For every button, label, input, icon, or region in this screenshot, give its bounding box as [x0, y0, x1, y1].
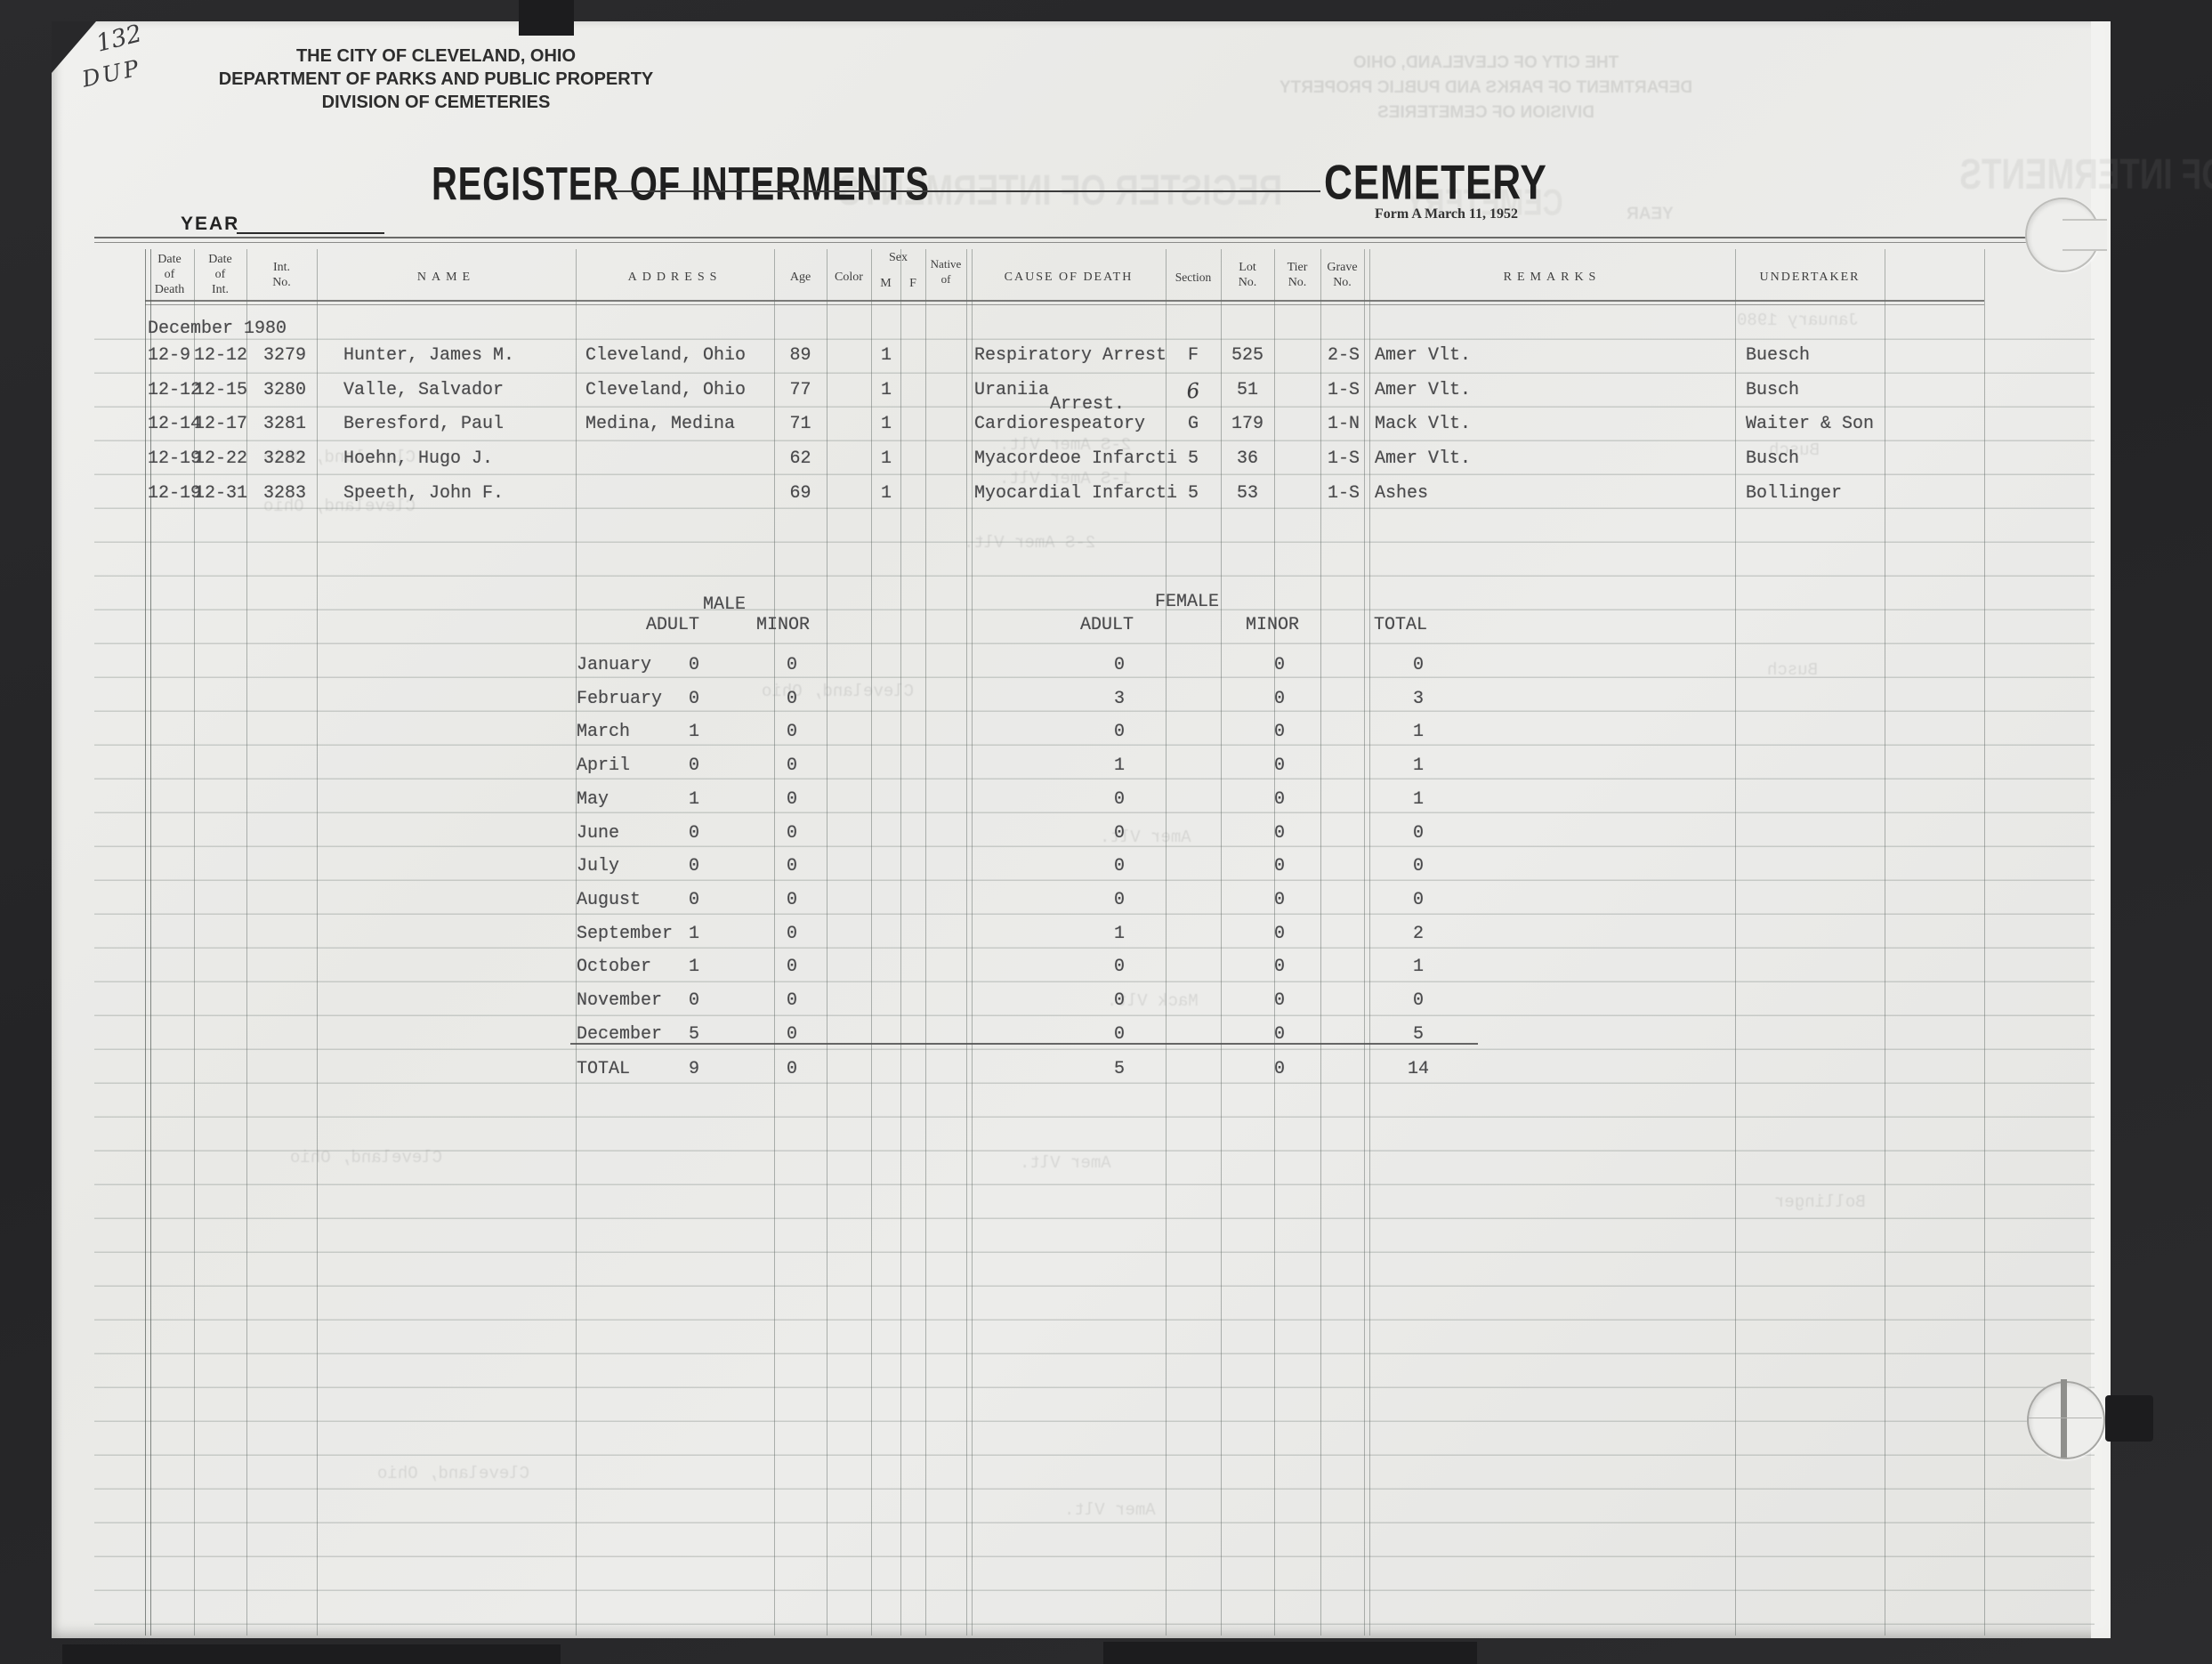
summary-row: September 1 0 1 0 2	[0, 924, 2212, 947]
col-header-sex-m: M	[871, 276, 900, 291]
header-bottom-rule	[145, 300, 1984, 302]
age-value: 62	[776, 448, 825, 469]
binder-clip-notch	[2105, 1395, 2153, 1442]
summary-female-minor-value: 0	[1263, 789, 1296, 810]
address-value: Cleveland, Ohio	[585, 345, 772, 366]
remarks-value: Mack Vlt.	[1375, 414, 1659, 434]
scanner-shadow-right	[1103, 1642, 1477, 1664]
agency-line-city: THE CITY OF CLEVELAND, OHIO	[187, 46, 685, 67]
summary-male-adult-value: 0	[678, 890, 710, 910]
col-header-cause-of-death: CAUSE OF DEATH	[972, 270, 1166, 285]
summary-male-adult-value: 0	[678, 856, 710, 876]
lot-number-value: 53	[1223, 483, 1272, 504]
summary-female-minor-value: 0	[1263, 1024, 1296, 1045]
date-of-interment-value: 12-31	[194, 483, 246, 504]
summary-male-adult-value: 0	[678, 823, 710, 844]
cause-of-death-value: Respiratory Arrest	[974, 345, 1179, 366]
date-of-death-value: 12-19	[148, 448, 194, 469]
grave-number-value: 1-S	[1322, 448, 1365, 469]
summary-female-minor-value: 0	[1263, 823, 1296, 844]
remarks-value: Amer Vlt.	[1375, 448, 1659, 469]
interment-number-value: 3281	[263, 414, 317, 434]
summary-row: January 0 0 0 0 0	[0, 655, 2212, 678]
col-header-remarks: REMARKS	[1369, 270, 1735, 285]
grave-number-value: 1-S	[1322, 380, 1365, 400]
binder-hole-top-slot	[2063, 219, 2107, 251]
address-value: Medina, Medina	[585, 414, 772, 434]
summary-male-adult-value: 1	[678, 957, 710, 977]
summary-male-adult-value: 0	[678, 755, 710, 776]
col-header-grave-no: Grave No.	[1320, 260, 1364, 290]
summary-female-adult-value: 1	[1103, 924, 1135, 944]
summary-row: March 1 0 0 0 1	[0, 722, 2212, 745]
summary-female-minor-value: 0	[1263, 856, 1296, 876]
cause-of-death-value: Myacordeoe Infarcti	[974, 448, 1179, 469]
register-title: REGISTER OF INTERMENTS	[432, 157, 930, 211]
summary-row: February 0 0 3 0 3	[0, 689, 2212, 712]
section-value: G	[1167, 414, 1219, 434]
cemetery-name-blank-line	[612, 190, 1320, 192]
summary-row: August 0 0 0 0 0	[0, 890, 2212, 913]
ghost-year-label: YEAR	[1627, 205, 1674, 224]
col-header-native-of: Native of	[925, 256, 966, 287]
decedent-name-value: Valle, Salvador	[343, 380, 575, 400]
age-value: 71	[776, 414, 825, 434]
form-note: Form A March 11, 1952	[1375, 206, 1518, 222]
summary-male-minor-value: 0	[776, 755, 808, 776]
summary-total-male-minor: 0	[776, 1059, 808, 1079]
header-top-rule-2	[94, 242, 2100, 243]
summary-male-minor-value: 0	[776, 823, 808, 844]
date-of-interment-value: 12-15	[194, 380, 246, 400]
grave-number-value: 2-S	[1322, 345, 1365, 366]
summary-female-adult-value: 0	[1103, 856, 1135, 876]
summary-total-female-adult: 5	[1103, 1059, 1135, 1079]
summary-female-adult-value: 0	[1103, 990, 1135, 1011]
register-row: 12-9 12-12 3279 Hunter, James M. Clevela…	[0, 345, 2212, 368]
date-of-death-value: 12-14	[148, 414, 194, 434]
binder-post	[2061, 1379, 2067, 1458]
sex-male-value: 1	[873, 345, 900, 366]
summary-male-minor-value: 0	[776, 890, 808, 910]
col-header-lot-no: Lot No.	[1221, 260, 1274, 290]
binder-tab-top	[519, 0, 574, 36]
summary-male-adult-value: 1	[678, 789, 710, 810]
lot-number-value: 36	[1223, 448, 1272, 469]
summary-female-adult-value: 0	[1103, 823, 1135, 844]
summary-male-minor-value: 0	[776, 722, 808, 742]
summary-total-header: TOTAL	[1374, 615, 1427, 635]
summary-male-adult-value: 0	[678, 689, 710, 709]
month-heading: December 1980	[148, 319, 287, 339]
year-label: YEAR	[181, 214, 239, 235]
ghost-register-title-edge: REGISTER OF INTERMENTS	[1959, 149, 2212, 199]
col-header-undertaker: UNDERTAKER	[1735, 270, 1885, 285]
summary-female-minor-value: 0	[1263, 655, 1296, 675]
summary-row: April 0 0 1 0 1	[0, 755, 2212, 779]
col-header-sex: Sex	[871, 250, 925, 265]
summary-total-value: 1	[1401, 957, 1436, 977]
col-header-color: Color	[827, 270, 871, 285]
cemetery-title: CEMETERY	[1324, 155, 1547, 211]
col-header-sex-f: F	[900, 276, 925, 291]
summary-total-male-adult: 9	[678, 1059, 710, 1079]
summary-total-all: 14	[1401, 1059, 1436, 1079]
sex-male-value: 1	[873, 380, 900, 400]
summary-male-adult-value: 1	[678, 924, 710, 944]
sex-male-value: 1	[873, 483, 900, 504]
summary-row: November 0 0 0 0 0	[0, 990, 2212, 1014]
section-value: F	[1167, 345, 1219, 366]
undertaker-value: Bollinger	[1746, 483, 1924, 504]
summary-male-minor-value: 0	[776, 990, 808, 1011]
summary-total-value: 3	[1401, 689, 1436, 709]
undertaker-value: Busch	[1746, 448, 1924, 469]
summary-female-minor-value: 0	[1263, 890, 1296, 910]
age-value: 77	[776, 380, 825, 400]
year-blank-line	[237, 232, 384, 234]
summary-total-row: TOTAL 9 0 5 0 14	[0, 1059, 2212, 1082]
summary-female-adult-value: 0	[1103, 957, 1135, 977]
lot-number-value: 525	[1223, 345, 1272, 366]
address-value: Cleveland, Ohio	[585, 380, 772, 400]
summary-male-adult-header: ADULT	[646, 615, 699, 635]
summary-female-minor-value: 0	[1263, 755, 1296, 776]
cause-of-death-value: Myocardial Infarcti	[974, 483, 1179, 504]
date-of-death-value: 12-9	[148, 345, 194, 366]
section-value: 5	[1167, 483, 1219, 504]
summary-total-value: 0	[1401, 990, 1436, 1011]
summary-female-adult-value: 1	[1103, 755, 1135, 776]
decedent-name-value: Beresford, Paul	[343, 414, 575, 434]
date-of-interment-value: 12-17	[194, 414, 246, 434]
summary-row: May 1 0 0 0 1	[0, 789, 2212, 812]
date-of-death-value: 12-12	[148, 380, 194, 400]
header-top-rule	[94, 237, 2100, 238]
register-row: 12-14 12-17 3281 Beresford, Paul Medina,…	[0, 414, 2212, 437]
date-of-interment-value: 12-12	[194, 345, 246, 366]
remarks-value: Amer Vlt.	[1375, 380, 1659, 400]
summary-female-minor-header: MINOR	[1246, 615, 1299, 635]
summary-male-adult-value: 0	[678, 655, 710, 675]
scanned-register-document: THE CITY OF CLEVELAND, OHIO DEPARTMENT O…	[0, 0, 2212, 1664]
summary-total-value: 1	[1401, 789, 1436, 810]
summary-female-adult-value: 0	[1103, 1024, 1135, 1045]
summary-row: July 0 0 0 0 0	[0, 856, 2212, 879]
interment-number-value: 3280	[263, 380, 317, 400]
summary-female-adult-value: 0	[1103, 655, 1135, 675]
lot-number-value: 51	[1223, 380, 1272, 400]
summary-male-minor-value: 0	[776, 1024, 808, 1045]
summary-female-minor-value: 0	[1263, 722, 1296, 742]
summary-total-value: 1	[1401, 722, 1436, 742]
sex-male-value: 1	[873, 448, 900, 469]
summary-male-minor-header: MINOR	[756, 615, 810, 635]
summary-total-value: 5	[1401, 1024, 1436, 1045]
interment-number-value: 3279	[263, 345, 317, 366]
ghost-agency-line: DIVISION OF CEMETERIES	[1237, 103, 1735, 123]
col-header-date-of-death: Date of Death	[145, 252, 194, 297]
summary-total-value: 2	[1401, 924, 1436, 944]
summary-male-minor-value: 0	[776, 957, 808, 977]
col-header-int-no: Int. No.	[246, 260, 317, 290]
remarks-value: Ashes	[1375, 483, 1659, 504]
age-value: 89	[776, 345, 825, 366]
sex-male-value: 1	[873, 414, 900, 434]
grave-number-value: 1-S	[1322, 483, 1365, 504]
cause-of-death-value: Cardiorespeatory	[974, 414, 1179, 434]
summary-female-minor-value: 0	[1263, 990, 1296, 1011]
summary-female-adult-value: 3	[1103, 689, 1135, 709]
summary-total-value: 0	[1401, 655, 1436, 675]
col-header-age: Age	[774, 270, 827, 285]
col-header-section: Section	[1166, 270, 1221, 285]
summary-male-minor-value: 0	[776, 856, 808, 876]
summary-male-adult-value: 1	[678, 722, 710, 742]
col-header-address: ADDRESS	[576, 270, 774, 285]
summary-male-minor-value: 0	[776, 689, 808, 709]
col-header-name: NAME	[317, 270, 576, 285]
summary-male-minor-value: 0	[776, 655, 808, 675]
header-bottom-rule-2	[145, 304, 1984, 305]
summary-female-adult-value: 0	[1103, 722, 1135, 742]
summary-female-minor-value: 0	[1263, 924, 1296, 944]
summary-female-minor-value: 0	[1263, 689, 1296, 709]
summary-total-value: 0	[1401, 856, 1436, 876]
summary-total-value: 0	[1401, 823, 1436, 844]
date-of-death-value: 12-19	[148, 483, 194, 504]
summary-female-adult-value: 0	[1103, 890, 1135, 910]
summary-total-value: 1	[1401, 755, 1436, 776]
register-row: 12-19 12-31 3283 Speeth, John F. 69 1 My…	[0, 483, 2212, 506]
section-value: 5	[1167, 448, 1219, 469]
summary-total-female-minor: 0	[1263, 1059, 1296, 1079]
undertaker-value: Buesch	[1746, 345, 1924, 366]
summary-total-value: 0	[1401, 890, 1436, 910]
summary-male-header: MALE	[703, 594, 746, 615]
agency-line-department: DEPARTMENT OF PARKS AND PUBLIC PROPERTY	[187, 69, 685, 90]
summary-male-minor-value: 0	[776, 789, 808, 810]
decedent-name-value: Hunter, James M.	[343, 345, 575, 366]
scanner-shadow-left	[62, 1644, 561, 1664]
undertaker-value: Busch	[1746, 380, 1924, 400]
summary-row: June 0 0 0 0 0	[0, 823, 2212, 846]
remarks-value: Amer Vlt.	[1375, 345, 1659, 366]
undertaker-value: Waiter & Son	[1746, 414, 1924, 434]
decedent-name-value: Speeth, John F.	[343, 483, 575, 504]
interment-number-value: 3283	[263, 483, 317, 504]
date-of-interment-value: 12-22	[194, 448, 246, 469]
summary-female-adult-value: 0	[1103, 789, 1135, 810]
summary-row: October 1 0 0 0 1	[0, 957, 2212, 980]
summary-total-rule	[570, 1043, 1478, 1045]
lot-number-value: 179	[1223, 414, 1272, 434]
summary-female-adult-header: ADULT	[1080, 615, 1134, 635]
binder-hole-crossline	[2029, 1418, 2102, 1418]
summary-male-minor-value: 0	[776, 924, 808, 944]
register-row: 12-19 12-22 3282 Hoehn, Hugo J. 62 1 Mya…	[0, 448, 2212, 472]
ghost-agency-line: DEPARTMENT OF PARKS AND PUBLIC PROPERTY	[1237, 78, 1735, 98]
interment-number-value: 3282	[263, 448, 317, 469]
summary-male-adult-value: 0	[678, 990, 710, 1011]
section-value: 6	[1167, 378, 1220, 406]
summary-male-adult-value: 5	[678, 1024, 710, 1045]
age-value: 69	[776, 483, 825, 504]
col-header-date-of-int: Date of Int.	[194, 252, 246, 297]
grave-number-value: 1-N	[1322, 414, 1365, 434]
agency-line-division: DIVISION OF CEMETERIES	[187, 93, 685, 113]
cause-of-death-note: Arrest.	[1050, 394, 1157, 415]
col-header-tier-no: Tier No.	[1274, 260, 1320, 290]
decedent-name-value: Hoehn, Hugo J.	[343, 448, 575, 469]
ghost-agency-line: THE CITY OF CLEVELAND, OHIO	[1237, 53, 1735, 73]
summary-female-minor-value: 0	[1263, 957, 1296, 977]
summary-female-header: FEMALE	[1155, 592, 1219, 612]
